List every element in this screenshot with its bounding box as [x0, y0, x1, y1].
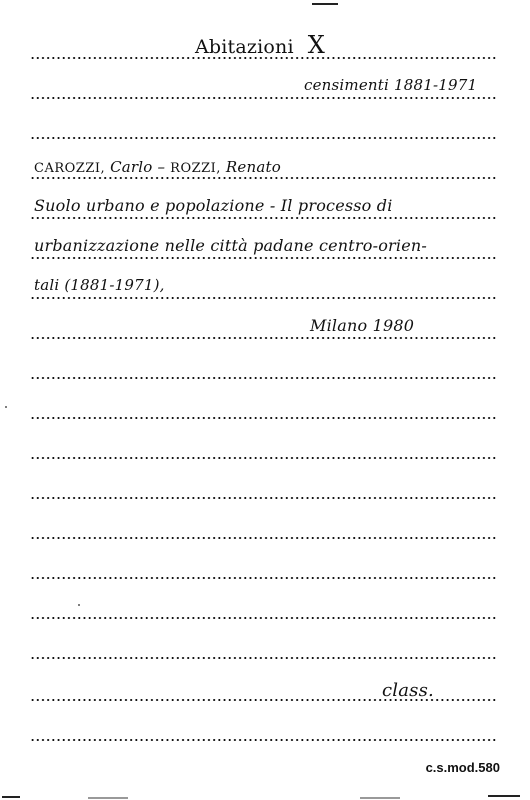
catalog-card: AbitazioniX censimenti 1881-1971 CAROZZI… — [0, 0, 530, 800]
scan-mark — [2, 796, 20, 798]
subject-note: censimenti 1881-1971 — [304, 78, 477, 93]
ruled-line — [30, 97, 496, 99]
authors: CAROZZI, Carlo – ROZZI, Renato — [34, 160, 281, 175]
form-code: c.s.mod.580 — [426, 760, 500, 775]
scan-mark — [488, 795, 520, 797]
author-surname-1: CAROZZI, — [34, 161, 105, 176]
heading-text: Abitazioni — [195, 36, 294, 58]
scan-mark — [88, 797, 128, 799]
ruled-line — [30, 617, 496, 619]
author-separator: – — [153, 158, 171, 176]
place-year: Milano 1980 — [310, 318, 414, 334]
ruled-line — [30, 137, 496, 139]
ruled-line — [30, 739, 496, 741]
ruled-line — [30, 457, 496, 459]
scan-speck — [78, 604, 80, 606]
title-line-1: Suolo urbano e popolazione - Il processo… — [34, 198, 393, 214]
heading-mark: X — [308, 31, 325, 59]
ruled-line — [30, 177, 496, 179]
author-surname-2: ROZZI, — [170, 161, 221, 176]
scan-mark — [360, 797, 400, 799]
ruled-line — [30, 657, 496, 659]
title-line-3: tali (1881-1971), — [34, 278, 165, 293]
classification: class. — [382, 682, 434, 700]
ruled-line — [30, 337, 496, 339]
scan-speck — [5, 406, 7, 408]
ruled-line — [30, 497, 496, 499]
author-given-2: Renato — [226, 158, 281, 176]
ruled-line — [30, 217, 496, 219]
ruled-line — [30, 537, 496, 539]
title-line-2: urbanizzazione nelle città padane centro… — [34, 238, 427, 254]
ruled-line — [30, 577, 496, 579]
author-given-1: Carlo — [110, 158, 152, 176]
scan-mark — [312, 3, 338, 5]
card-heading: AbitazioniX — [195, 33, 325, 57]
ruled-line — [30, 417, 496, 419]
ruled-line — [30, 297, 496, 299]
ruled-line — [30, 257, 496, 259]
ruled-line — [30, 377, 496, 379]
